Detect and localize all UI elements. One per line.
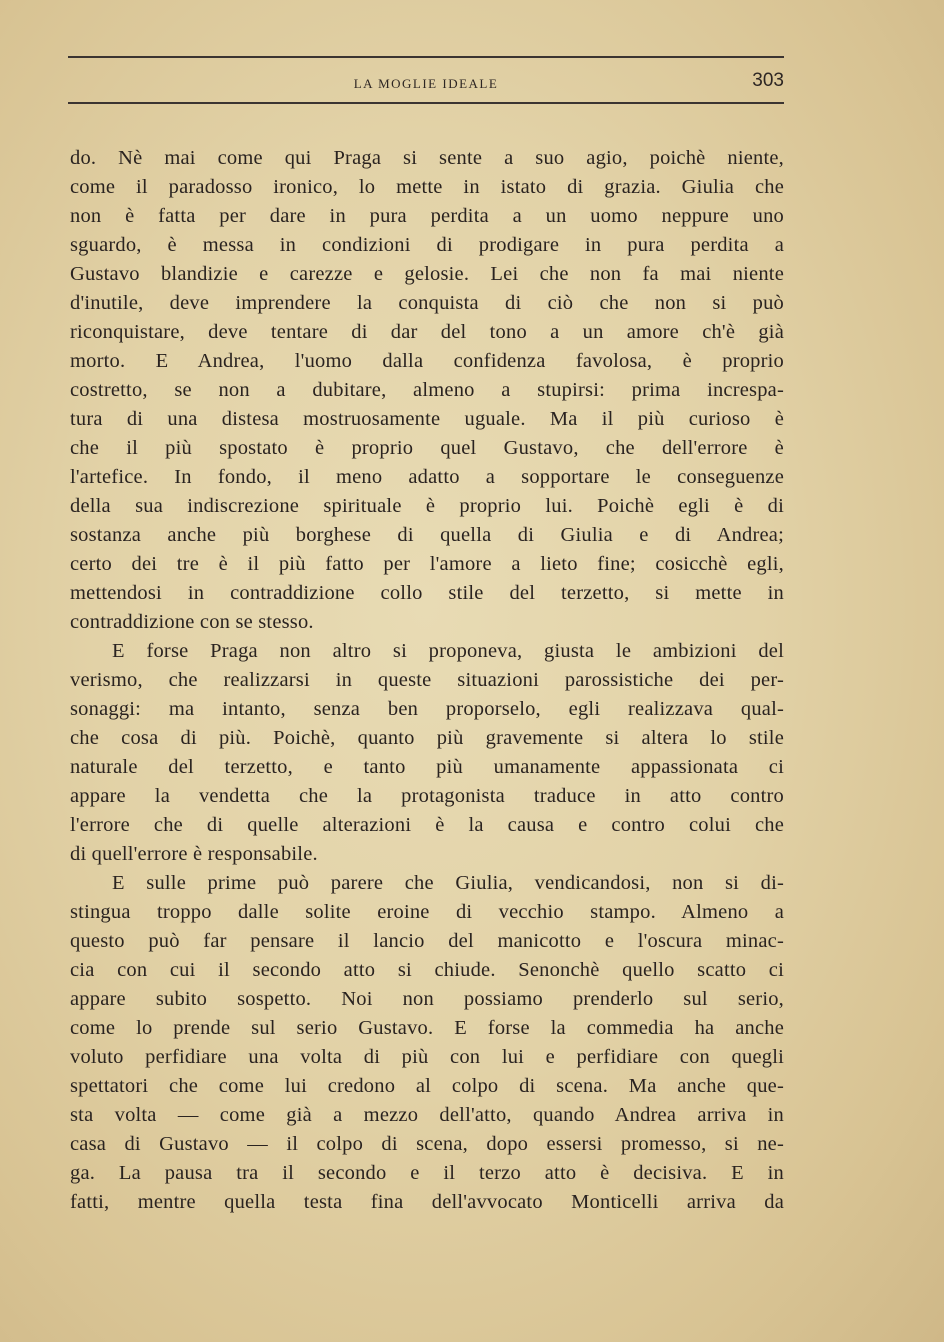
text-line: stingua troppo dalle solite eroine di ve… <box>70 898 784 927</box>
text-line: questo può far pensare il lancio del man… <box>70 927 784 956</box>
text-line: della sua indiscrezione spirituale è pro… <box>70 492 784 521</box>
text-line: non è fatta per dare in pura perdita a u… <box>70 202 784 231</box>
text-line: naturale del terzetto, e tanto più umana… <box>70 753 784 782</box>
text-line: sonaggi: ma intanto, senza ben proporsel… <box>70 695 784 724</box>
page-number: 303 <box>752 70 784 92</box>
text-line: che cosa di più. Poichè, quanto più grav… <box>70 724 784 753</box>
text-line: cia con cui il secondo atto si chiude. S… <box>70 956 784 985</box>
text-line: sguardo, è messa in condizioni di prodig… <box>70 231 784 260</box>
text-line: come lo prende sul serio Gustavo. E fors… <box>70 1014 784 1043</box>
text-line: casa di Gustavo — il colpo di scena, dop… <box>70 1130 784 1159</box>
text-line: sostanza anche più borghese di quella di… <box>70 521 784 550</box>
text-line: voluto perfidiare una volta di più con l… <box>70 1043 784 1072</box>
text-line: fatti, mentre quella testa fina dell'avv… <box>70 1188 784 1217</box>
body-text: do. Nè mai come qui Praga si sente a suo… <box>70 144 784 1217</box>
text-line: sta volta — come già a mezzo dell'atto, … <box>70 1101 784 1130</box>
text-line: E sulle prime può parere che Giulia, ven… <box>70 869 784 898</box>
paragraph: E forse Praga non altro si proponeva, gi… <box>70 637 784 869</box>
text-line: di quell'errore è responsabile. <box>70 840 784 869</box>
text-line: ga. La pausa tra il secondo e il terzo a… <box>70 1159 784 1188</box>
text-line: do. Nè mai come qui Praga si sente a suo… <box>70 144 784 173</box>
text-line: appare la vendetta che la protagonista t… <box>70 782 784 811</box>
text-line: E forse Praga non altro si proponeva, gi… <box>70 637 784 666</box>
running-head: LA MOGLIE IDEALE 303 <box>68 70 784 94</box>
text-line: verismo, che realizzarsi in queste situa… <box>70 666 784 695</box>
book-page: LA MOGLIE IDEALE 303 do. Nè mai come qui… <box>0 0 944 1342</box>
text-line: l'artefice. In fondo, il meno adatto a s… <box>70 463 784 492</box>
text-line: d'inutile, deve imprendere la conquista … <box>70 289 784 318</box>
text-line: costretto, se non a dubitare, almeno a s… <box>70 376 784 405</box>
text-line: certo dei tre è il più fatto per l'amore… <box>70 550 784 579</box>
paragraph: E sulle prime può parere che Giulia, ven… <box>70 869 784 1217</box>
text-line: mettendosi in contraddizione collo stile… <box>70 579 784 608</box>
text-line: riconquistare, deve tentare di dar del t… <box>70 318 784 347</box>
text-line: contraddizione con se stesso. <box>70 608 784 637</box>
text-line: Gustavo blandizie e carezze e gelosie. L… <box>70 260 784 289</box>
header-top-rule <box>68 56 784 58</box>
text-line: appare subito sospetto. Noi non possiamo… <box>70 985 784 1014</box>
text-line: come il paradosso ironico, lo mette in i… <box>70 173 784 202</box>
text-line: che il più spostato è proprio quel Gusta… <box>70 434 784 463</box>
text-line: tura di una distesa mostruosamente ugual… <box>70 405 784 434</box>
text-line: l'errore che di quelle alterazioni è la … <box>70 811 784 840</box>
paragraph: do. Nè mai come qui Praga si sente a suo… <box>70 144 784 637</box>
header-bottom-rule <box>68 102 784 104</box>
text-line: morto. E Andrea, l'uomo dalla confidenza… <box>70 347 784 376</box>
text-line: spettatori che come lui credono al colpo… <box>70 1072 784 1101</box>
running-title: LA MOGLIE IDEALE <box>68 76 784 92</box>
